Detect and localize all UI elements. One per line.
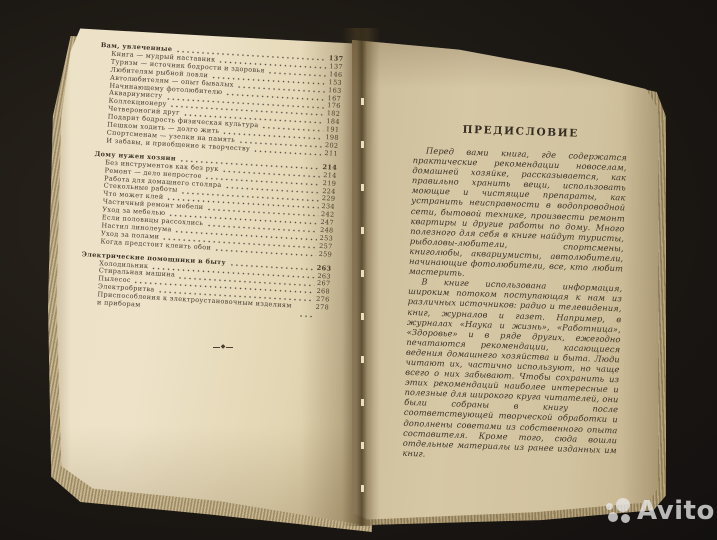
toc-page-number: 278 — [315, 304, 329, 313]
avito-watermark: Avito — [606, 496, 715, 526]
left-page: Вам, увлеченные137Книга — мудрый наставн… — [55, 26, 370, 526]
book-spine-gutter — [342, 28, 380, 526]
toc-section: Вам, увлеченные137Книга — мудрый наставн… — [95, 42, 344, 159]
avito-logo-icon — [606, 496, 633, 526]
preface-text: Перед вами книга, где содержатся практич… — [402, 145, 627, 465]
avito-watermark-text: Avito — [637, 496, 715, 526]
photo-background: Вам, увлеченные137Книга — мудрый наставн… — [0, 0, 717, 540]
preface-paragraph: В книге использована информация, широким… — [402, 276, 622, 465]
toc-section: Дому нужен хозяин214Без инструментов как… — [89, 151, 337, 260]
toc-page-number: 259 — [318, 251, 332, 260]
preface-block: ПРЕДИСЛОВИЕ Перед вами книга, где содерж… — [402, 122, 628, 465]
right-page: ПРЕДИСЛОВИЕ Перед вами книга, где содерж… — [352, 30, 658, 522]
preface-paragraph: Перед вами книга, где содержатся практич… — [409, 145, 627, 284]
preface-heading: ПРЕДИСЛОВИЕ — [414, 122, 628, 141]
diamond-ornament-icon: ◆ — [221, 344, 226, 350]
toc-page-number: 211 — [324, 150, 338, 159]
toc-leader-dots — [298, 313, 312, 320]
section-divider-ornament: ◆ — [193, 344, 253, 350]
binding-stitches — [361, 62, 364, 502]
ornament-line — [213, 347, 220, 348]
toc-section: Электрические помощники в быту263Холодил… — [86, 251, 332, 320]
table-of-contents: Вам, увлеченные137Книга — мудрый наставн… — [86, 42, 344, 321]
ornament-line — [226, 347, 233, 348]
